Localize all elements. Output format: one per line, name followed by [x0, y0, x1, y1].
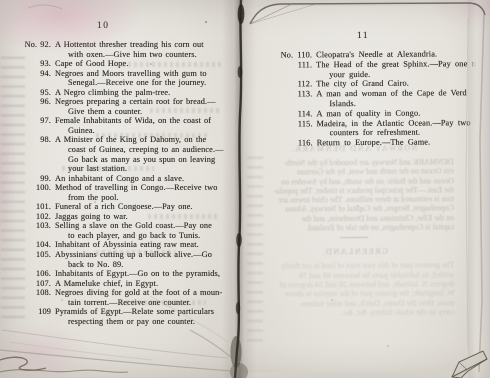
- entry-line: 108.Negroes diving for gold at the foot …: [18, 288, 228, 298]
- entry-text: Madeira, in the Atlantic Ocean.—Pay two: [317, 118, 471, 129]
- bleed-through-heading-2: GREENLAND.: [254, 247, 454, 257]
- entry-text: The Head of the great Sphinx.—Pay one to: [316, 59, 478, 70]
- entry-text: Islands.: [316, 99, 356, 109]
- entry-text: Guinea.: [55, 126, 95, 136]
- entry-text: An inhabitant of Congo and a slave.: [55, 174, 184, 184]
- entry-number: No. 92.: [18, 40, 55, 50]
- entry-text: from the pool.: [55, 193, 119, 203]
- bleed-through-smudge: [122, 62, 222, 67]
- bleed-through-block: NORWAY AND DENMARK. DENMARK and Norway a…: [254, 143, 455, 318]
- entry-line: from the pool.: [18, 193, 228, 203]
- bleed-through-margin-left: [1, 52, 25, 324]
- bleed-through-heading-1: NORWAY AND DENMARK.: [254, 143, 454, 153]
- page-number-left: 10: [97, 21, 110, 31]
- entry-line: 100.Method of travelling in Congo.—Recei…: [18, 183, 228, 193]
- entry-line: 106.Inhabitants of Egypt.—Go on to the p…: [18, 269, 228, 279]
- entry-text: Cape of Good Hope.: [55, 59, 129, 69]
- entry-text: Funeral of a rich Congoese.—Pay one.: [55, 202, 193, 212]
- entry-line: 113.A man and woman of the Cape de Verd: [275, 88, 465, 99]
- page-number-right: 11: [357, 31, 369, 41]
- entry-number: No. 110.: [275, 50, 316, 60]
- entry-number: 111.: [275, 60, 316, 70]
- bleed-through-smudge: [150, 108, 222, 113]
- entry-text: Senegal.—Receive one for the journey.: [55, 78, 206, 88]
- bleed-through-smudge: [96, 133, 208, 138]
- entry-text: Jaggas going to war.: [55, 212, 128, 222]
- bleed-through-paragraph-2: The greatest part of this vast tract of …: [255, 261, 455, 318]
- entry-line: 109Pyramids of Egypt.—Relate some partic…: [18, 307, 228, 317]
- entry-line: 103.Selling a slave on the Gold coast.—P…: [18, 221, 228, 231]
- entry-text: back to No. 89.: [55, 260, 123, 270]
- page-right: 11 No. 110.Cleopatra's Needle at Alexand…: [239, 5, 474, 373]
- entry-number: 114.: [275, 109, 316, 119]
- entry-text: Pyramids of Egypt.—Relate some particula…: [55, 307, 214, 317]
- entry-text: A Mameluke chief, in Egypt.: [55, 279, 158, 289]
- entry-text: Go back as many as you spun on leaving: [55, 155, 215, 165]
- entry-line: Go back as many as you spun on leaving: [18, 155, 228, 165]
- entry-line: respecting them or pay one counter.: [18, 317, 228, 327]
- entry-text: to each player, and go back to Tunis.: [55, 231, 200, 241]
- entry-text: Inhabitants of Egypt.—Go on to the pyram…: [55, 269, 220, 279]
- entry-number: [275, 99, 316, 109]
- bleed-through-line: capital is Copenhagen, on the isle of Ze…: [254, 222, 454, 233]
- entry-text: Negroes diving for gold at the foot of a…: [55, 288, 222, 298]
- entry-text: A man and woman of the Cape de Verd: [316, 88, 467, 99]
- entries-left: No. 92.A Hottentot thresher treading his…: [18, 40, 228, 326]
- entry-text: Negroes preparing a certain root for bre…: [55, 97, 216, 107]
- entry-text: your guide.: [316, 69, 370, 79]
- entry-line: 94.Negroes and Moors travelling with gum…: [18, 69, 228, 79]
- entry-line: 96.Negroes preparing a certain root for …: [18, 97, 228, 107]
- entry-text: coast of Guinea, creeping to an audience…: [55, 145, 224, 155]
- entry-line: 104.Inhabitant of Abyssinia eating raw m…: [18, 240, 228, 250]
- bleed-through-smudge: [148, 214, 220, 219]
- bleed-through-paragraph-1: DENMARK and Norway are bounded by the No…: [254, 157, 455, 233]
- entry-text: Inhabitant of Abyssinia eating raw meat.: [55, 240, 199, 250]
- entry-line: back to No. 89.: [18, 260, 228, 270]
- entries-right: No. 110.Cleopatra's Needle at Alexandria…: [275, 49, 466, 148]
- bleed-through-smudge: [120, 300, 206, 305]
- entry-text: Negroes and Moors travelling with gum to: [55, 69, 207, 79]
- entry-number: [275, 70, 316, 80]
- bleed-through-rule: [340, 237, 368, 238]
- entry-text: Method of travelling in Congo.—Receive t…: [55, 183, 218, 193]
- entry-number: 113.: [275, 89, 316, 99]
- page-outer-edge: [468, 0, 490, 378]
- page-left: 10 No. 92.A Hottentot thresher treading …: [0, 0, 233, 378]
- entry-line: 97.Female Inhabitants of Wida, on the co…: [18, 116, 228, 126]
- entry-line: 107.A Mameluke chief, in Egypt.: [18, 279, 228, 289]
- entry-line: 99.An inhabitant of Congo and a slave.: [18, 174, 228, 184]
- entry-text: Female Inhabitants of Wida, on the coast…: [55, 116, 211, 126]
- entry-line: No. 92.A Hottentot thresher treading his…: [18, 40, 228, 50]
- entry-line: Senegal.—Receive one for the journey.: [18, 78, 228, 88]
- entry-text: Selling a slave on the Gold coast.—Pay o…: [55, 221, 212, 231]
- bleed-through-smudge: [62, 166, 154, 171]
- entry-number: 115.: [276, 119, 317, 129]
- bleed-through-margin-right: [247, 152, 263, 348]
- entry-line: 95.A Negro climbing the palm-tree.: [18, 88, 228, 98]
- entry-text: A Negro climbing the palm-tree.: [55, 88, 170, 98]
- entry-line: 101.Funeral of a rich Congoese.—Pay one.: [18, 202, 228, 212]
- entry-text: The city of Grand Cairo.: [316, 79, 409, 89]
- entry-text: A Hottentot thresher treading his corn o…: [55, 40, 204, 50]
- book-scan-photo: 10 No. 92.A Hottentot thresher treading …: [0, 0, 490, 378]
- entry-line: to each player, and go back to Tunis.: [18, 231, 228, 241]
- entry-text: respecting them or pay one counter.: [55, 317, 195, 327]
- entry-line: 111.The Head of the great Sphinx.—Pay on…: [275, 59, 465, 70]
- entry-line: with oxen.—Give him two counters.: [18, 50, 228, 60]
- bleed-through-smudge: [96, 250, 176, 255]
- entry-number: 112.: [275, 80, 316, 90]
- entry-line: coast of Guinea, creeping to an audience…: [18, 145, 228, 155]
- bleed-through-line: carry on the whale fishery, &c. &c.: [255, 307, 455, 318]
- entry-text: with oxen.—Give him two counters.: [55, 50, 197, 60]
- entry-number: [276, 129, 317, 139]
- entry-text: Give them a counter.: [55, 107, 142, 117]
